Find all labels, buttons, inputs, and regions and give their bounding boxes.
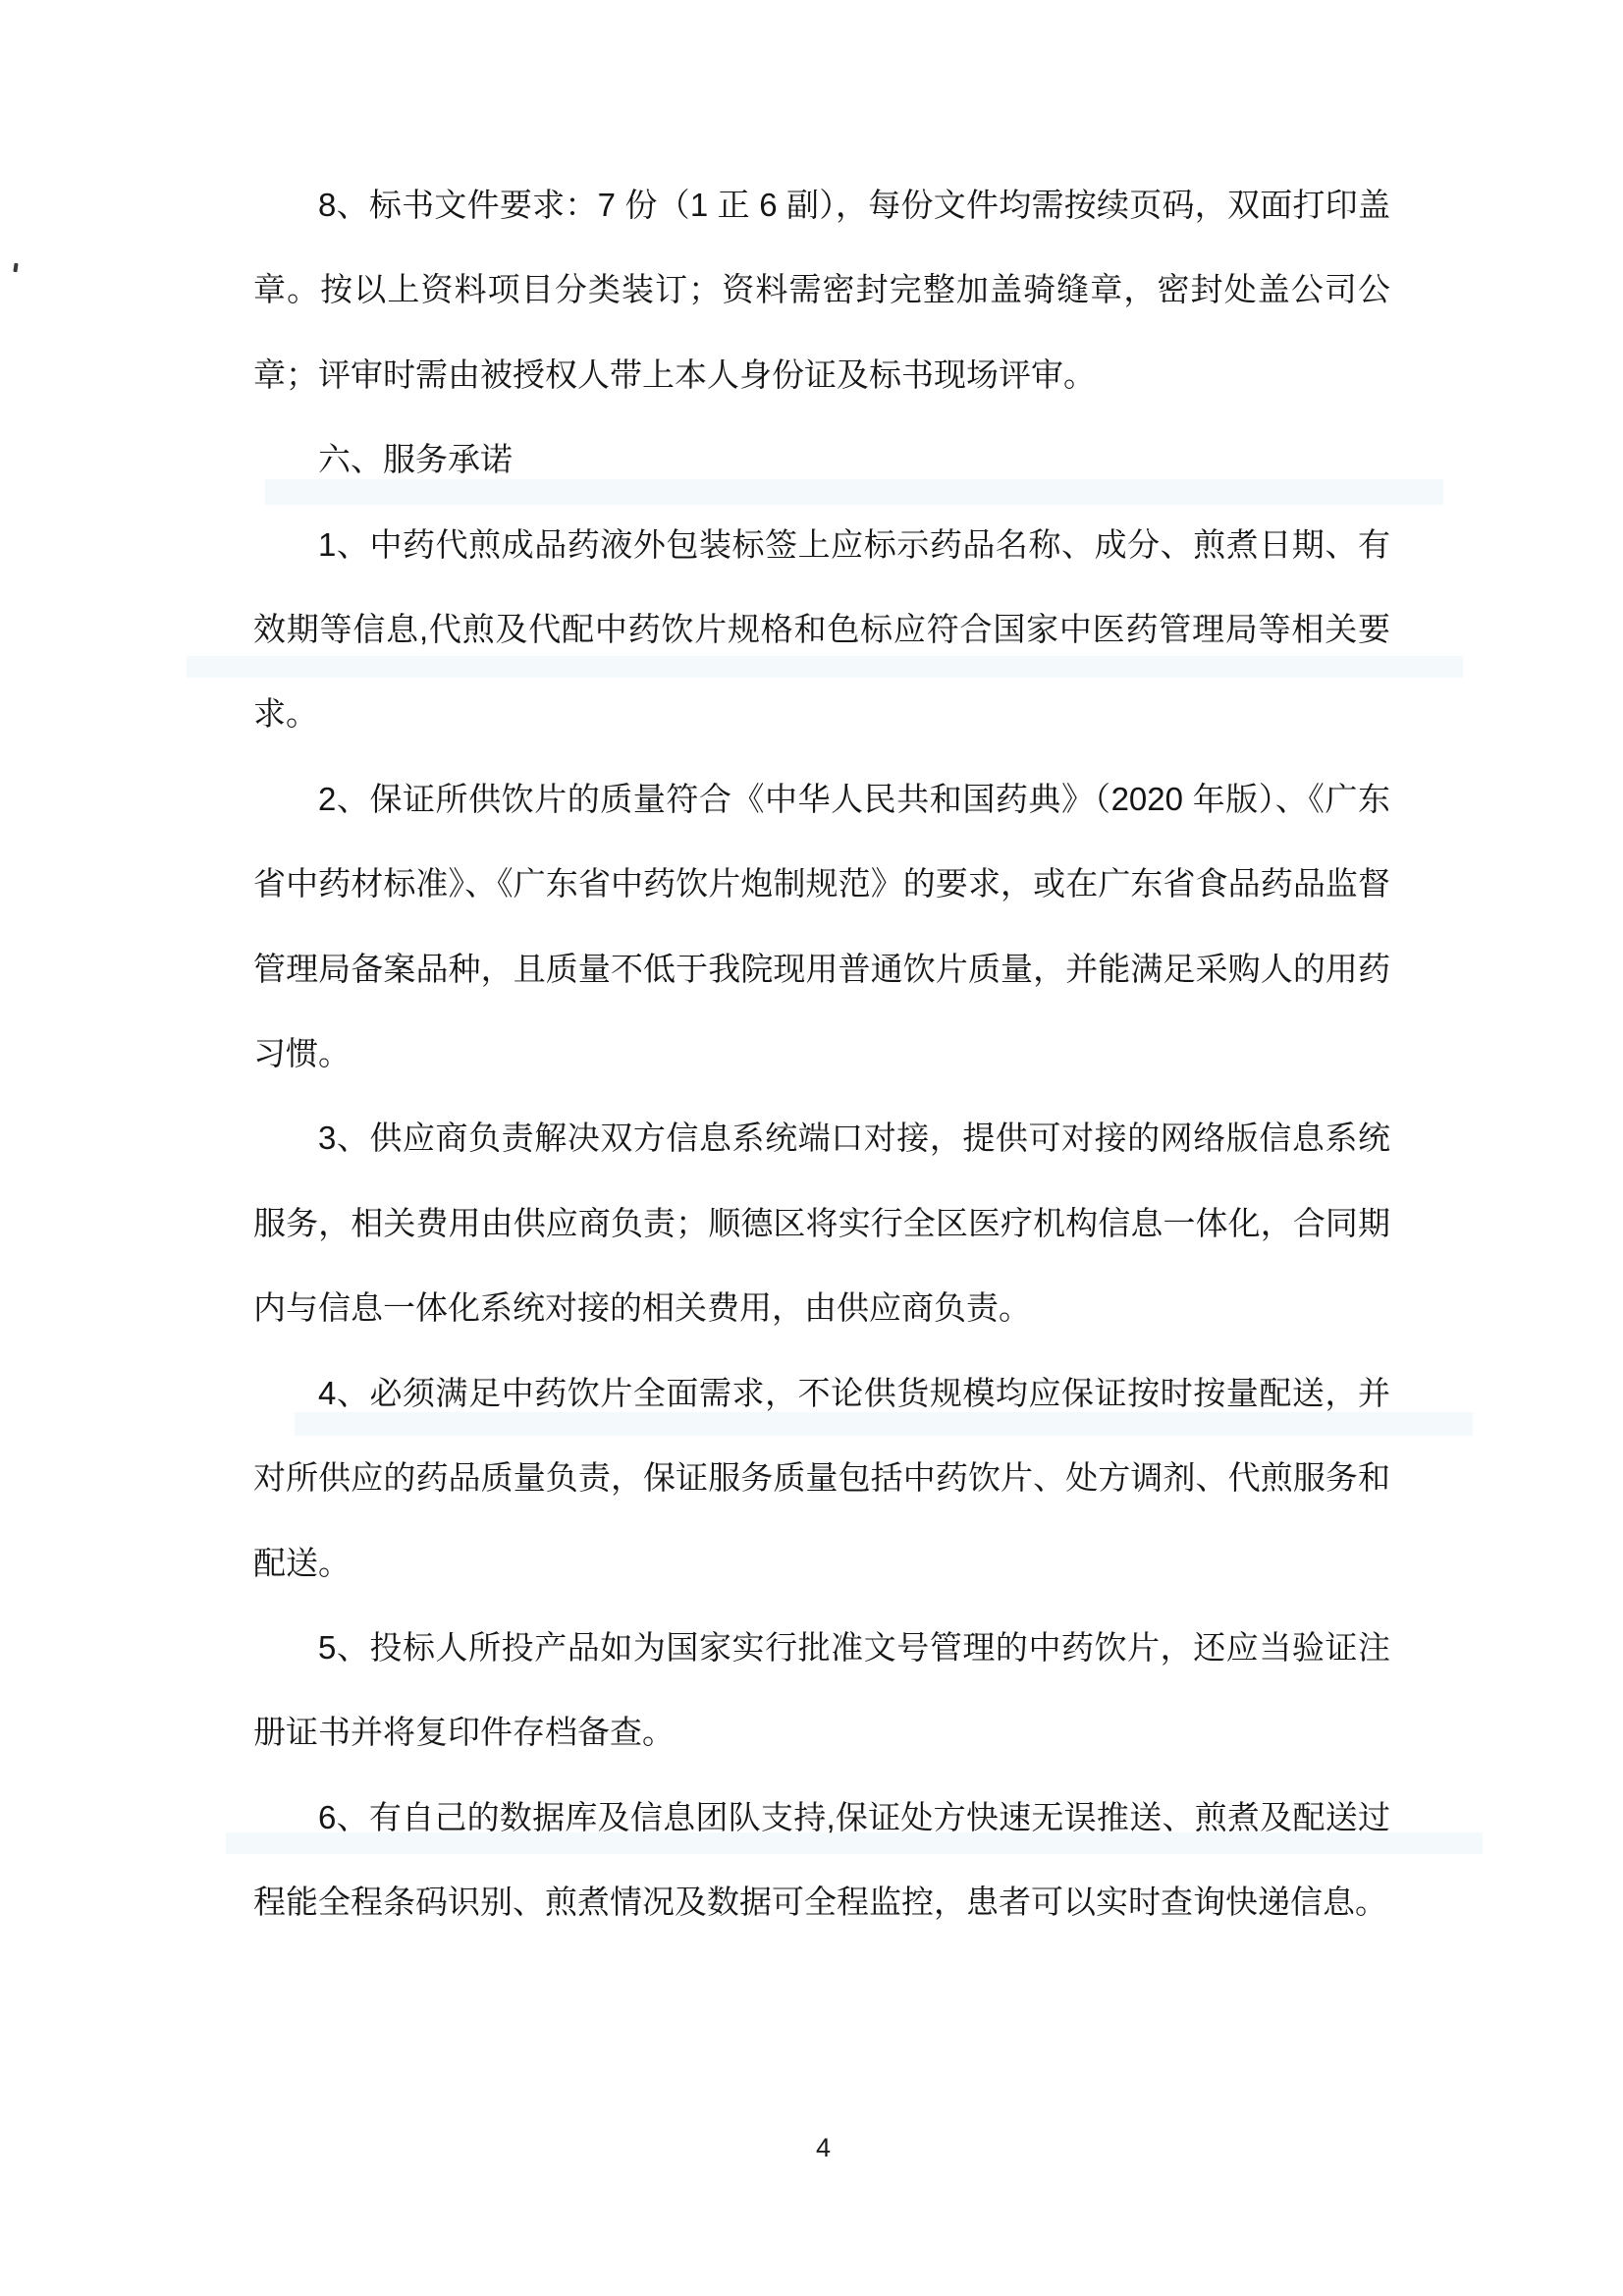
paragraph-promise-2: 2、保证所供饮片的质量符合《中华人民共和国药典》（2020 年版）、《广东省中药…	[253, 757, 1390, 1097]
document-page: 8、标书文件要求：7 份（1 正 6 副），每份文件均需按续页码，双面打印盖章。…	[0, 0, 1623, 2296]
paragraph-item-8: 8、标书文件要求：7 份（1 正 6 副），每份文件均需按续页码，双面打印盖章。…	[253, 163, 1390, 417]
section-heading: 六、服务承诺	[253, 417, 1390, 502]
paragraph-promise-5: 5、投标人所投产品如为国家实行批准文号管理的中药饮片，还应当验证注册证书并将复印…	[253, 1606, 1390, 1776]
document-body: 8、标书文件要求：7 份（1 正 6 副），每份文件均需按续页码，双面打印盖章。…	[253, 163, 1390, 1945]
paragraph-promise-6: 6、有自己的数据库及信息团队支持,保证处方快速无误推送、煎煮及配送过程能全程条码…	[253, 1776, 1390, 1945]
paragraph-promise-3: 3、供应商负责解决双方信息系统端口对接，提供可对接的网络版信息系统服务，相关费用…	[253, 1096, 1390, 1350]
page-number: 4	[0, 2133, 1623, 2163]
scan-speck	[13, 263, 18, 272]
paragraph-promise-1: 1、中药代煎成品药液外包装标签上应标示药品名称、成分、煎煮日期、有效期等信息,代…	[253, 503, 1390, 757]
paragraph-promise-4: 4、必须满足中药饮片全面需求，不论供货规模均应保证按时按量配送，并对所供应的药品…	[253, 1351, 1390, 1606]
